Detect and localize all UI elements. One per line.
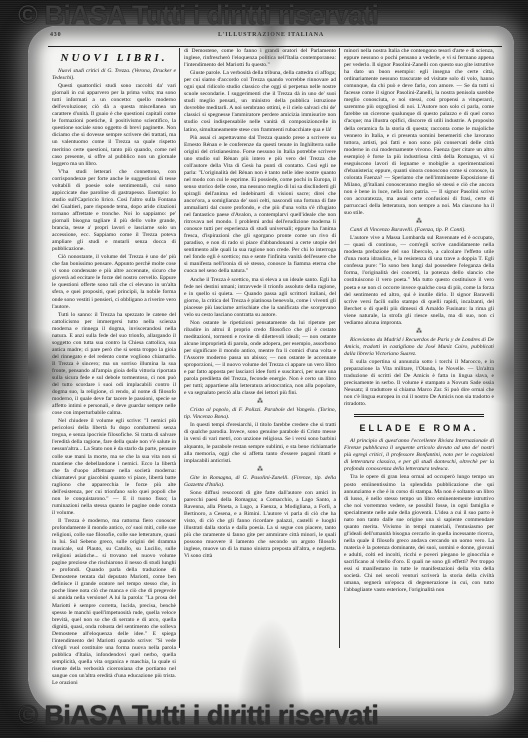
- review-heading: Ricevianno da Madrid i Recuerdos de Pari…: [344, 337, 494, 358]
- watermark-bottom: © BiASA Tutti i diritti riservati: [18, 700, 378, 731]
- section-title: ELLADE E ROMA.: [344, 423, 494, 434]
- column-1: NUOVI LIBRI. Nuovi studi critici di G. T…: [52, 48, 176, 688]
- paragraph: Nel chiudere il volume egli scrive: "I n…: [52, 418, 176, 517]
- column-divider: [179, 48, 180, 648]
- asterism-separator: ⁂: [184, 399, 336, 405]
- running-head: 430 L'ILLUSTRAZIONE ITALIANA: [42, 30, 500, 44]
- review-text: E sulla copertina si annunzia sotto i to…: [344, 359, 494, 408]
- paragraph: Giuste parole. La verbosità della tribun…: [184, 70, 336, 133]
- review-text: In questi tempi d'eresiarchi, il titolo …: [184, 422, 336, 464]
- review-heading: Cristo al popolo, di F. Polizzi. Parabol…: [184, 407, 336, 421]
- paragraph: Non ostante le ripetizioni pensatamente …: [184, 320, 336, 398]
- paragraph: Il Trezza è moderno, ma rattorna fiero c…: [52, 518, 176, 687]
- watermark-top: © BiASA Tutti i diritti riservati: [18, 0, 378, 31]
- paragraph: Ciò nonostante, il volume del Trezza è u…: [52, 254, 176, 310]
- column-2: di Demostene, come lo fanno i grandi ora…: [184, 48, 336, 688]
- column-divider: [339, 48, 340, 648]
- paragraph: di Demostene, come lo fanno i grandi ora…: [184, 48, 336, 69]
- paragraph: Al principio di quest'anno l'eccellente …: [344, 438, 494, 473]
- review-text: Sono diffusi resoconti di gite fatte dal…: [184, 490, 336, 560]
- paragraph: Più assai ci aspettavamo dal Trezza quan…: [184, 135, 336, 276]
- paragraph: Tra le opere di gran lena ormai ad occup…: [344, 474, 494, 594]
- journal-title: L'ILLUSTRAZIONE ITALIANA: [42, 32, 500, 38]
- newspaper-page: 430 L'ILLUSTRAZIONE ITALIANA NUOVI LIBRI…: [28, 26, 514, 716]
- section-title: NUOVI LIBRI.: [52, 52, 176, 64]
- paragraph: V'ha studi letterari che connettono, con…: [52, 169, 176, 254]
- review-text: L'autore vive a Massa Lombarda sul Raven…: [344, 235, 494, 327]
- header-rule: [48, 46, 502, 47]
- column-3: minori nella nostra Italia che contengon…: [344, 48, 494, 668]
- review-heading: Canti di Vincenzo Baravelli. (Faenza, ti…: [344, 227, 494, 234]
- section-divider: [354, 414, 484, 417]
- review-heading: Nuovi studi critici di G. Trezza. (Veron…: [52, 68, 176, 82]
- asterism-separator: ⁂: [344, 329, 494, 335]
- asterism-separator: ⁂: [344, 219, 494, 225]
- asterism-separator: ⁂: [184, 467, 336, 473]
- paragraph: Tutti lo sanno: il Trezza ha spezzato le…: [52, 312, 176, 418]
- review-heading: Gite in Romagna, di G. Pasolini-Zanelli.…: [184, 475, 336, 489]
- paragraph: Questi quattordici studi sono raccolti d…: [52, 83, 176, 168]
- paragraph: Anche il Trezza è scettico, ma si eleva …: [184, 277, 336, 319]
- paragraph: minori nella nostra Italia che contengon…: [344, 48, 494, 217]
